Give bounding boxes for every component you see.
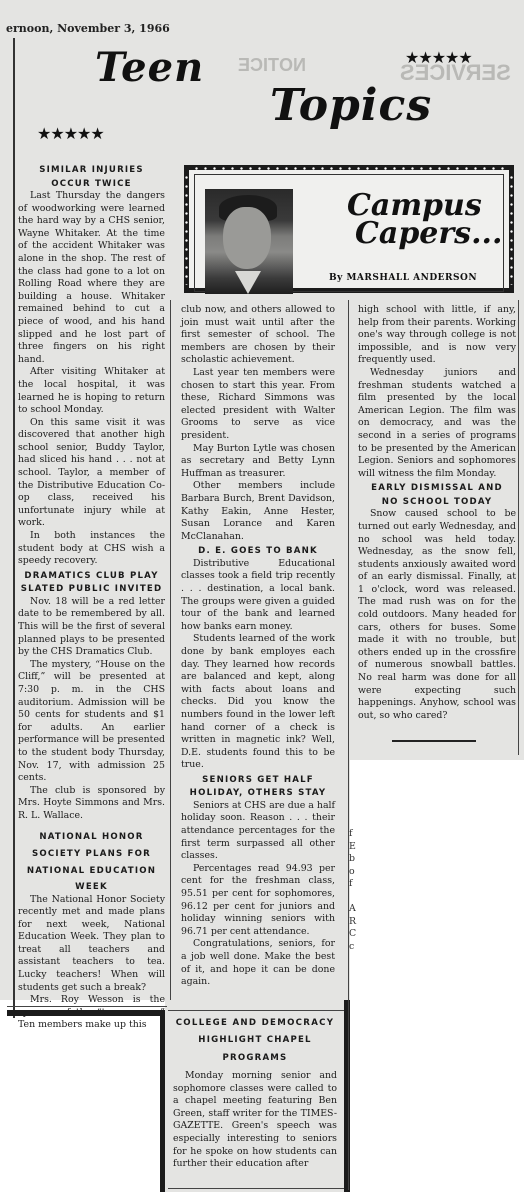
paragraph: Percentages read 94.93 per cent for the … — [181, 863, 335, 939]
paragraph: Snow caused school to be turned out earl… — [358, 508, 516, 722]
fragment-char: f — [349, 828, 356, 841]
paragraph: Seniors at CHS are due a half holiday so… — [181, 800, 335, 863]
paragraph: On this same visit it was discovered tha… — [18, 417, 165, 530]
fragment-char: C — [349, 928, 356, 941]
fragment-char: A — [349, 903, 356, 916]
headline: NATIONAL HONOR — [18, 829, 165, 845]
paragraph: The mystery, “House on the Cliff,” will … — [18, 659, 165, 785]
headline: SENIORS GET HALF — [181, 774, 335, 787]
article-de-goes-to-bank: D. E. GOES TO BANK Distributive Educatio… — [181, 545, 335, 772]
paragraph: May Burton Lytle was chosen as secretary… — [181, 443, 335, 481]
column-separator-3 — [518, 300, 519, 755]
headline: SIMILAR INJURIES — [18, 164, 165, 177]
headline: HOLIDAY, OTHERS STAY — [181, 787, 335, 800]
paragraph: Congratulations, seniors, for a job well… — [181, 938, 335, 988]
column-separator-1 — [170, 300, 171, 1000]
ad-frame-top — [7, 1010, 165, 1016]
columnist-photo — [205, 189, 293, 294]
article-college-democracy: COLLEGE AND DEMOCRACY HIGHLIGHT CHAPEL P… — [173, 1014, 337, 1171]
section-title-teen: Teen — [95, 44, 204, 91]
column-3: high school with little, if any, help fr… — [358, 304, 516, 722]
campus-title-line2: Capers... — [347, 220, 502, 248]
headline: COLLEGE AND DEMOCRACY — [173, 1015, 337, 1031]
paragraph: Last Thursday the dangers of woodworking… — [18, 190, 165, 366]
paragraph: Other members include Barbara Burch, Bre… — [181, 480, 335, 543]
column-3-end-rule — [392, 740, 476, 742]
section-title-topics: Topics — [270, 80, 432, 131]
fragment-char: c — [349, 941, 356, 954]
photo-collar — [235, 271, 261, 294]
border-dots-top — [192, 167, 506, 170]
clipped-column-fragment: f E b o f A R C c — [349, 828, 356, 953]
article-dramatics-club: DRAMATICS CLUB PLAY SLATED PUBLIC INVITE… — [18, 570, 165, 823]
headline: DRAMATICS CLUB PLAY — [18, 570, 165, 583]
paragraph: The club is sponsored by Mrs. Hoyte Simm… — [18, 785, 165, 823]
paragraph: high school with little, if any, help fr… — [358, 304, 516, 367]
column-1-end-rule — [7, 1006, 167, 1007]
column-separator-2 — [348, 300, 349, 1190]
article-similar-injuries: SIMILAR INJURIES OCCUR TWICE Last Thursd… — [18, 164, 165, 568]
stars-right: ★★★★★ — [405, 48, 472, 67]
paragraph: club now, and others allowed to join mus… — [181, 304, 335, 367]
headline: D. E. GOES TO BANK — [181, 545, 335, 558]
headline: EARLY DISMISSAL AND — [358, 482, 516, 495]
fragment-char: b — [349, 853, 356, 866]
border-dots-left — [185, 173, 188, 285]
photo-face — [223, 207, 271, 269]
campus-capers-header: Campus Capers... By MARSHALL ANDERSON — [184, 165, 514, 293]
paragraph: After visiting Whitaker at the local hos… — [18, 366, 165, 416]
headline: HIGHLIGHT CHAPEL — [173, 1032, 337, 1048]
headline: NO SCHOOL TODAY — [358, 496, 516, 509]
stars-left: ★★★★★ — [37, 124, 104, 143]
byline: By MARSHALL ANDERSON — [329, 273, 477, 283]
headline: PROGRAMS — [173, 1049, 337, 1067]
box-bottom-rule — [168, 1188, 344, 1189]
paragraph: Wednesday juniors and freshman students … — [358, 367, 516, 480]
ghost-text-notice: NOTICE — [238, 55, 306, 76]
campus-capers-title: Campus Capers... — [347, 192, 502, 248]
fragment-gap — [349, 891, 356, 903]
article-national-honor-society: NATIONAL HONOR SOCIETY PLANS FOR NATIONA… — [18, 829, 165, 1033]
box-right-thick-rule — [344, 1000, 350, 1192]
paragraph: The National Honor Society recently met … — [18, 894, 165, 995]
headline: NATIONAL EDUCATION — [18, 863, 165, 879]
article-seniors-half-holiday: SENIORS GET HALF HOLIDAY, OTHERS STAY Se… — [181, 774, 335, 989]
column-2-end-rule — [168, 1010, 344, 1011]
paragraph: In both instances the student body at CH… — [18, 530, 165, 568]
paragraph: Students learned of the work done by ban… — [181, 633, 335, 772]
fragment-char: E — [349, 841, 356, 854]
headline: SLATED PUBLIC INVITED — [18, 583, 165, 596]
ad-frame-right — [160, 1010, 165, 1192]
left-column-rule — [13, 38, 15, 1018]
headline: SOCIETY PLANS FOR — [18, 846, 165, 862]
border-dots-right — [510, 173, 513, 285]
paragraph: Nov. 18 will be a red letter date to be … — [18, 596, 165, 659]
column-2: club now, and others allowed to join mus… — [181, 304, 335, 989]
fragment-char: f — [349, 878, 356, 891]
fragment-char: o — [349, 866, 356, 879]
paragraph: Distributive Educational classes took a … — [181, 558, 335, 634]
fragment-char: R — [349, 916, 356, 929]
paragraph: Last year ten members were chosen to sta… — [181, 367, 335, 443]
article-early-dismissal: EARLY DISMISSAL AND NO SCHOOL TODAY Snow… — [358, 482, 516, 722]
newspaper-page: NOTICE SERVICES ernoon, November 3, 1966… — [0, 0, 524, 1200]
headline: WEEK — [18, 880, 165, 894]
column-1: SIMILAR INJURIES OCCUR TWICE Last Thursd… — [18, 163, 165, 1032]
paragraph: Monday morning senior and sophomore clas… — [173, 1070, 337, 1171]
dateline: ernoon, November 3, 1966 — [6, 22, 170, 35]
headline: OCCUR TWICE — [18, 178, 165, 191]
